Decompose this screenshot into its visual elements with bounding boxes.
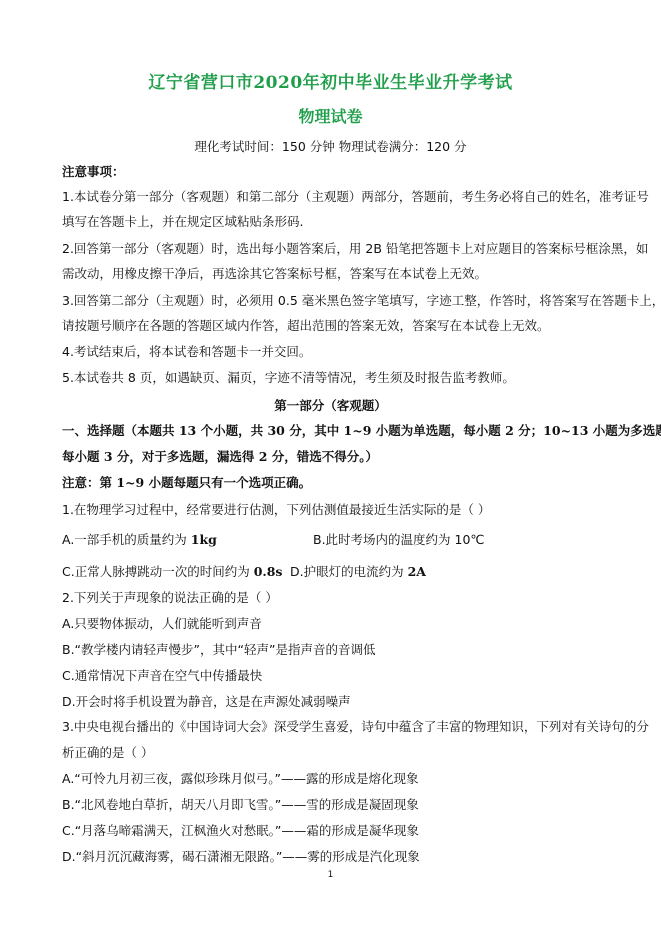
option-value: 0.8s xyxy=(254,564,283,579)
q2-option-b: B.“教学楼内请轻声慢步”，其中“轻声”是指声音的音调低 xyxy=(62,642,375,658)
notice-line: 需改动，用橡皮擦干净后，再选涂其它答案标号框，答案写在本试卷上无效。 xyxy=(62,266,487,282)
notice-line: 填写在答题卡上，并在规定区域粘贴条形码. xyxy=(62,214,303,230)
option-text: C.正常人脉搏跳动一次的时间约为 xyxy=(62,564,254,579)
notice-line: 请按题号顺序在各题的答题区域内作答，超出范围的答案无效，答案写在本试卷上无效。 xyxy=(62,318,550,334)
q1-option-c: C.正常人脉搏跳动一次的时间约为 0.8s xyxy=(62,564,282,580)
q3-option-d: D.“斜月沉沉藏海雾，碣石潇湘无限路。”——雾的形成是汽化现象 xyxy=(62,849,420,865)
notice-line: 4.考试结束后，将本试卷和答题卡一并交回。 xyxy=(62,344,311,360)
q3-option-a: A.“可怜九月初三夜，露似珍珠月似弓。”——露的形成是熔化现象 xyxy=(62,771,419,787)
notice-line: 1.本试卷分第一部分（客观题）和第二部分（主观题）两部分，答题前，考生务必将自己… xyxy=(62,189,649,205)
q1-option-b: B.此时考场内的温度约为 10℃ xyxy=(313,532,484,548)
q1-option-d: D.护眼灯的电流约为 2A xyxy=(290,564,426,580)
exam-page: 辽宁省营口市2020年初中毕业生毕业升学考试 物理试卷 理化考试时间：150 分… xyxy=(0,0,661,935)
q2-option-d: D.开会时将手机设置为静音，这是在声源处减弱噪声 xyxy=(62,694,351,710)
notice-heading: 注意事项： xyxy=(62,164,125,180)
part1-heading: 第一部分（客观题） xyxy=(0,398,661,414)
option-text: A.一部手机的质量约为 xyxy=(62,532,191,547)
q2-option-a: A.只要物体振动，人们就能听到声音 xyxy=(62,616,262,632)
option-value: 2A xyxy=(408,564,426,579)
q1-option-a: A.一部手机的质量约为 1kg xyxy=(62,532,217,548)
notice-line: 2.回答第一部分（客观题）时，选出每小题答案后，用 2B 铅笔把答题卡上对应题目… xyxy=(62,241,648,257)
option-text: D.护眼灯的电流约为 xyxy=(290,564,408,579)
question-1-stem: 1.在物理学习过程中，经常要进行估测，下列估测值最接近生活实际的是（ ） xyxy=(62,502,490,518)
question-3-stem-cont: 析正确的是（ ） xyxy=(62,745,153,761)
q3-option-b: B.“北风卷地白草折，胡天八月即飞雪。”——雪的形成是凝固现象 xyxy=(62,797,419,813)
notice-line: 3.回答第二部分（主观题）时，必须用 0.5 毫米黑色签字笔填写，字迹工整，作答… xyxy=(62,293,661,309)
page-number: 1 xyxy=(0,870,661,880)
section-instructions: 一、选择题（本题共 13 个小题，共 30 分，其中 1~9 小题为单选题，每小… xyxy=(62,423,661,439)
notice-line: 5.本试卷共 8 页，如遇缺页、漏页，字迹不清等情况，考生须及时报告监考教师。 xyxy=(62,370,515,386)
q3-option-c: C.“月落乌啼霜满天，江枫渔火对愁眠。”——霜的形成是凝华现象 xyxy=(62,823,419,839)
question-3-stem: 3.中央电视台播出的《中国诗词大会》深受学生喜爱，诗句中蕴含了丰富的物理知识，下… xyxy=(62,719,649,735)
option-value: 1kg xyxy=(191,532,217,547)
exam-meta: 理化考试时间：150 分钟 物理试卷满分：120 分 xyxy=(0,137,661,155)
exam-title: 辽宁省营口市2020年初中毕业生毕业升学考试 xyxy=(0,68,661,93)
section-note: 注意：第 1~9 小题每题只有一个选项正确。 xyxy=(62,475,311,491)
q2-option-c: C.通常情况下声音在空气中传播最快 xyxy=(62,668,262,684)
exam-subtitle: 物理试卷 xyxy=(0,104,661,127)
question-2-stem: 2.下列关于声现象的说法正确的是（ ） xyxy=(62,590,278,606)
option-text: B.此时考场内的温度约为 10℃ xyxy=(313,532,484,547)
section-instructions: 每小题 3 分，对于多选题，漏选得 2 分，错选不得分。） xyxy=(62,449,378,465)
